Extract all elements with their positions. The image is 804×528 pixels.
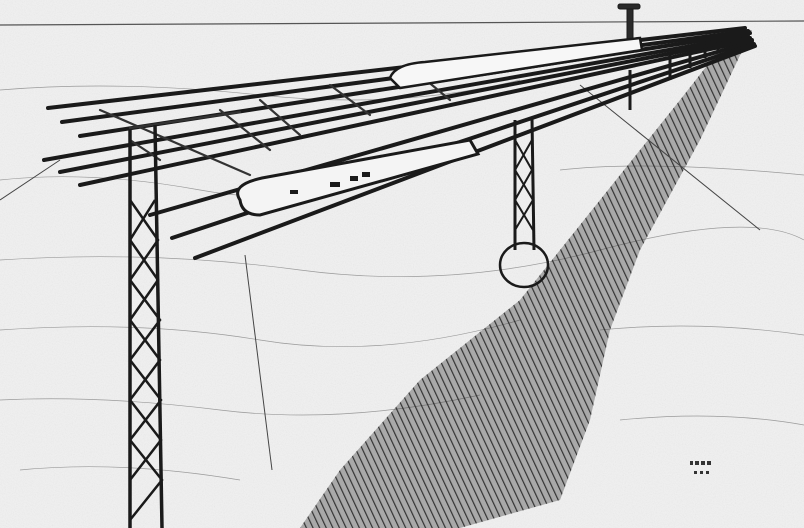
illustration xyxy=(0,0,804,528)
